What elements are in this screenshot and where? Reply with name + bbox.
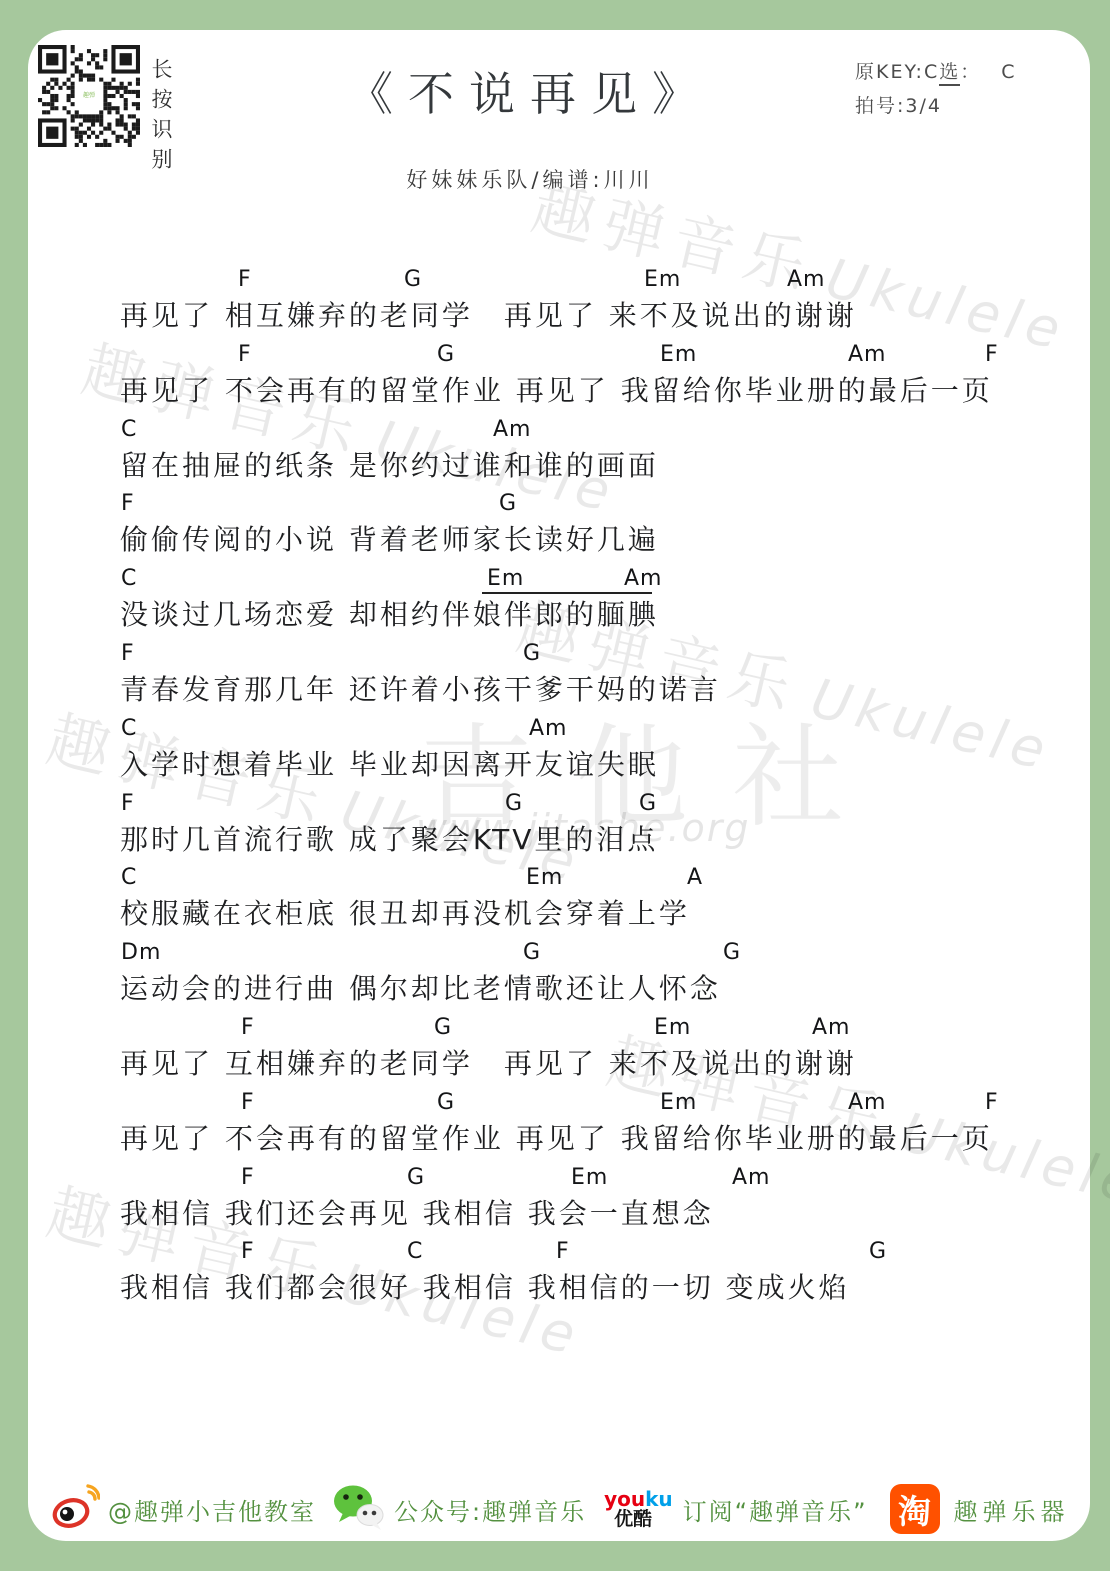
youku-logo-cn: 优酷: [614, 1510, 673, 1529]
footer: @趣弹小吉他教室 公众号:趣弹音乐 youku 优酷 订阅“趣弹音乐” 淘 趣弹…: [52, 1480, 1070, 1538]
header: 趣弹 长按识别 《不说再见》 原KEY:C选：C 拍号:3/4 好妹妹乐队/编谱…: [0, 0, 1110, 1571]
key-line: 原KEY:C选：C: [855, 55, 1017, 89]
wechat-label: 公众号:趣弹音乐: [394, 1492, 586, 1527]
svg-text:趣弹: 趣弹: [83, 91, 95, 99]
taobao-icon: 淘: [890, 1484, 940, 1534]
meter-line: 拍号:3/4: [855, 89, 1017, 123]
youku-logo-latin: youku: [604, 1489, 673, 1509]
taobao-logo-char: 淘: [898, 1486, 931, 1533]
qr-caption: 长按识别: [146, 58, 176, 178]
key-select: 选: [939, 61, 960, 86]
page: { "header": { "qr_caption": "长按识别", "tit…: [0, 0, 1110, 1571]
key-value: C: [1001, 61, 1016, 83]
key-info: 原KEY:C选：C 拍号:3/4: [855, 55, 1017, 123]
song-title: 《不说再见》: [250, 58, 810, 124]
taobao-label: 趣弹乐器: [954, 1492, 1070, 1527]
wechat-icon: [332, 1483, 386, 1535]
youku-logo: youku 优酷: [604, 1489, 673, 1529]
key-colon: ：: [960, 61, 981, 83]
youku-label: 订阅“趣弹音乐”: [683, 1492, 868, 1527]
weibo-icon: [52, 1484, 100, 1534]
credit-line: 好妹妹乐队/编谱:川川: [250, 164, 810, 194]
weibo-label: @趣弹小吉他教室: [108, 1492, 316, 1527]
qr-code: 趣弹: [38, 45, 140, 147]
key-prefix: 原KEY:C: [855, 61, 939, 83]
